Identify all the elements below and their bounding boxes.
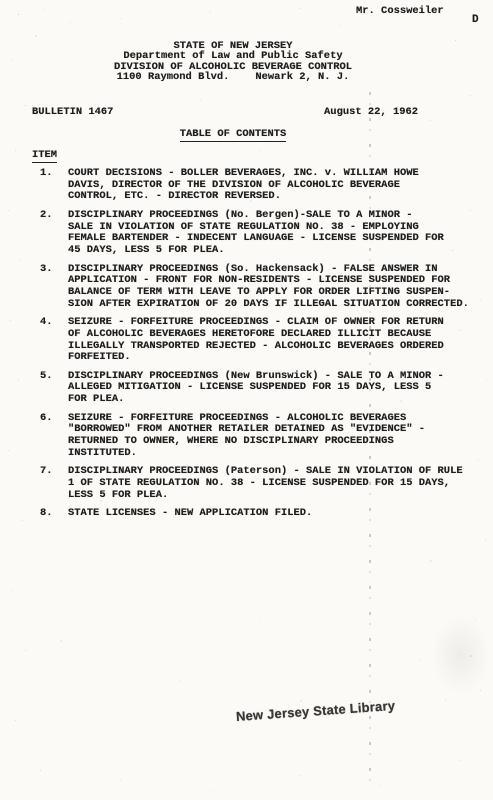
item-heading: ITEM <box>32 149 57 163</box>
library-stamp: New Jersey State Library <box>235 698 395 724</box>
item-number: 4. <box>40 317 68 364</box>
bulletin-row: BULLETIN 1467 August 22, 1962 <box>32 106 418 118</box>
toc-title: TABLE OF CONTENTS <box>180 128 286 142</box>
toc-item: 5.DISCIPLINARY PROCEEDINGS (New Brunswic… <box>40 371 480 406</box>
item-text: DISCIPLINARY PROCEEDINGS (New Brunswick)… <box>68 371 444 406</box>
item-number: 6. <box>40 413 68 460</box>
toc-item: 1.COURT DECISIONS - BOLLER BEVERAGES, IN… <box>40 168 480 203</box>
toc-items: 1.COURT DECISIONS - BOLLER BEVERAGES, IN… <box>40 168 480 527</box>
address-city: Newark 2, N. J. <box>255 71 349 83</box>
toc-item: 3.DISCIPLINARY PROCEEDINGS (So. Hackensa… <box>40 264 480 311</box>
recipient-note: Mr. Cossweiler <box>356 5 444 17</box>
toc-item: 7.DISCIPLINARY PROCEEDINGS (Paterson) - … <box>40 466 480 501</box>
item-number: 5. <box>40 371 68 406</box>
item-number: 3. <box>40 264 68 311</box>
item-text: DISCIPLINARY PROCEEDINGS (No. Bergen)-SA… <box>68 210 444 257</box>
toc-item: 8.STATE LICENSES - NEW APPLICATION FILED… <box>40 508 480 520</box>
scan-noise-layer <box>0 0 2 2</box>
item-number: 8. <box>40 508 68 520</box>
scan-blotch-artifact <box>431 615 491 695</box>
toc-item: 4.SEIZURE - FORFEITURE PROCEEDINGS - CLA… <box>40 317 480 364</box>
item-text: STATE LICENSES - NEW APPLICATION FILED. <box>68 508 312 520</box>
item-heading-wrap: ITEM <box>32 149 57 163</box>
item-number: 2. <box>40 210 68 257</box>
corner-mark: D <box>472 14 479 26</box>
item-text: SEIZURE - FORFEITURE PROCEEDINGS - ALCOH… <box>68 413 425 460</box>
letterhead: STATE OF NEW JERSEY Department of Law an… <box>0 41 466 83</box>
letterhead-line-division: DIVISION OF ALCOHOLIC BEVERAGE CONTROL <box>0 62 466 72</box>
toc-item: 6.SEIZURE - FORFEITURE PROCEEDINGS - ALC… <box>40 413 480 460</box>
item-text: DISCIPLINARY PROCEEDINGS (Paterson) - SA… <box>68 466 463 501</box>
toc-title-wrap: TABLE OF CONTENTS <box>0 128 466 142</box>
item-text: DISCIPLINARY PROCEEDINGS (So. Hackensack… <box>68 264 469 311</box>
address-street: 1100 Raymond Blvd. <box>117 71 230 83</box>
letterhead-address: 1100 Raymond Blvd.Newark 2, N. J. <box>0 72 466 82</box>
item-text: SEIZURE - FORFEITURE PROCEEDINGS - CLAIM… <box>68 317 444 364</box>
item-number: 1. <box>40 168 68 203</box>
bulletin-date: August 22, 1962 <box>324 106 418 118</box>
item-text: COURT DECISIONS - BOLLER BEVERAGES, INC.… <box>68 168 419 203</box>
toc-item: 2.DISCIPLINARY PROCEEDINGS (No. Bergen)-… <box>40 210 480 257</box>
bulletin-number: BULLETIN 1467 <box>32 106 113 118</box>
document-page: Mr. Cossweiler D STATE OF NEW JERSEY Dep… <box>0 0 493 800</box>
scan-noise-layer <box>0 0 1 1</box>
item-number: 7. <box>40 466 68 501</box>
